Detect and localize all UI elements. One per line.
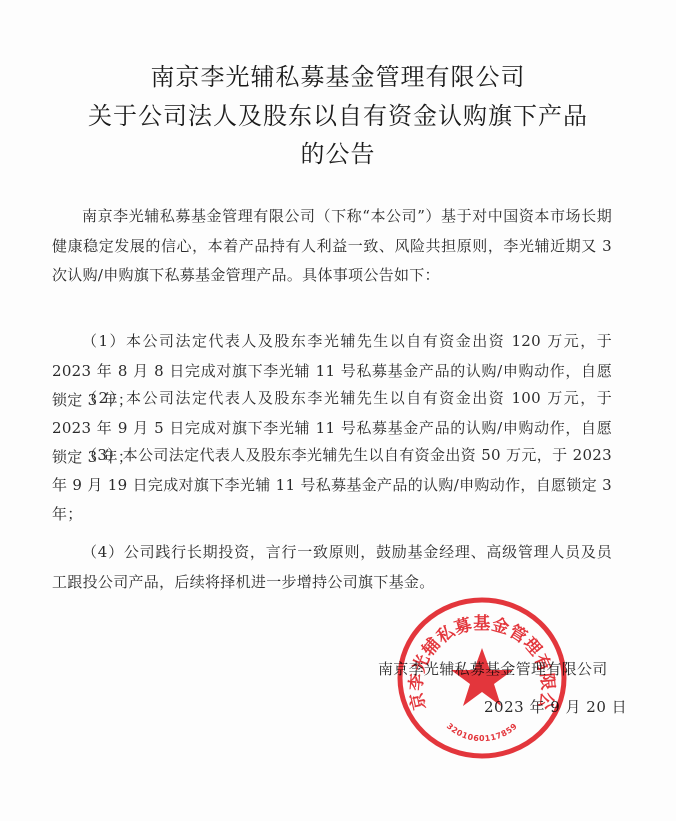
item-4-paragraph: （4）公司践行长期投资，言行一致原则，鼓励基金经理、高级管理人员及员工跟投公司产… xyxy=(52,538,612,597)
title-line-announcement: 的公告 xyxy=(0,142,676,166)
company-seal-icon: 南京李光辅私募基金管理有限公司 3201060117859 xyxy=(396,596,568,760)
item-3-paragraph: （3）本公司法定代表人及股东李光辅先生以自有资金出资 50 万元，于 2023 … xyxy=(52,441,612,530)
svg-text:3201060117859: 3201060117859 xyxy=(445,721,519,743)
title-line-subject: 关于公司法人及股东以自有资金认购旗下产品 xyxy=(0,104,676,128)
intro-paragraph: 南京李光辅私募基金管理有限公司（下称“本公司”）基于对中国资本市场长期健康稳定发… xyxy=(52,202,612,291)
seal-star-icon xyxy=(451,648,513,706)
seal-number: 3201060117859 xyxy=(445,721,519,743)
title-line-company: 南京李光辅私募基金管理有限公司 xyxy=(0,65,676,89)
